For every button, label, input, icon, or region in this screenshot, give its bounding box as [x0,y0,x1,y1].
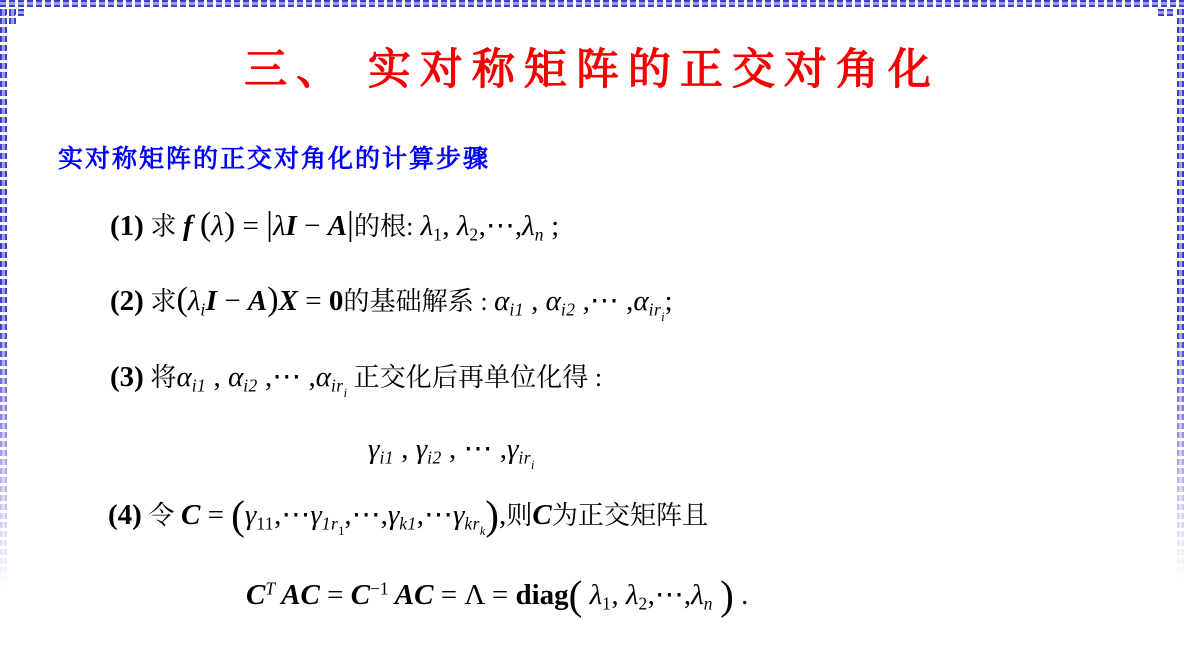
step-1-formula: (1) 求 f (λ) = |λI − A|的根: λ1, λ2,⋯,λn ; [110,206,559,246]
page-title: 三、 实对称矩阵的正交对角化 [0,36,1184,97]
border-right-dotted [1177,9,1184,609]
border-top-dotted [0,0,1184,7]
border-left-dotted [0,9,7,619]
border-corner-tl-col [9,9,16,27]
conclusion-formula: CT AC = C−1 AC = Λ = diag( λ1, λ2,⋯,λn )… [246,571,748,619]
step-4-formula: (4) 令 C = (γ11,⋯γ1r1,⋯,γk1,⋯γkrk),则C为正交矩… [108,491,708,539]
step-3-formula: (3) 将αi1 , αi2 ,⋯ ,αiri 正交化后再单位化得 : [110,357,602,401]
step-2-formula: (2) 求(λiI − A)X = 0的基础解系 : αi1 , αi2 ,⋯ … [110,281,673,325]
section-heading: 实对称矩阵的正交对角化的计算步骤 [58,139,490,175]
slide: 三、 实对称矩阵的正交对角化 实对称矩阵的正交对角化的计算步骤 (1) 求 f … [0,0,1184,657]
step-3-result-formula: γi1 , γi2 , ⋯ ,γiri [368,431,534,473]
border-corner-tr-row [1158,9,1175,16]
